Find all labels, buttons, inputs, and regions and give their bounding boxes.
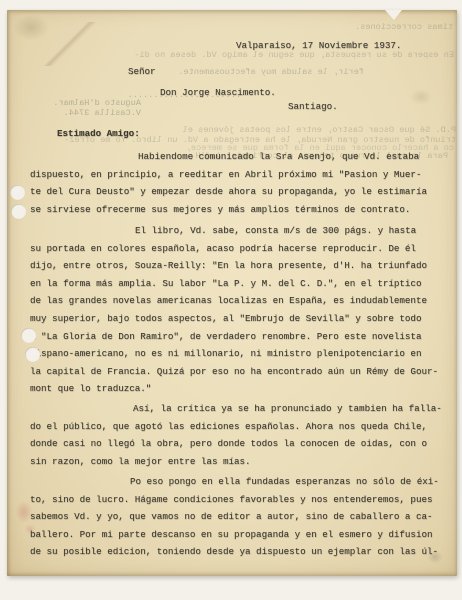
letter-line: to, sino de lucro. Hágame condiciones fa…: [30, 491, 439, 509]
paragraph-4: Po eso pongo en ella fundadas esperanzas…: [30, 473, 439, 561]
punch-hole: [11, 204, 26, 219]
date-line: Valparaiso, 17 Noviembre 1937.: [236, 40, 401, 51]
recipient-city: Santiago.: [288, 101, 338, 112]
scanned-letter-canvas: timas correcciones. En espera de su resp…: [0, 0, 462, 600]
letter-line: sin razon, como la mejor entre las mías.: [30, 453, 442, 471]
letter-line: hispano-americano, no es ni millonario, …: [30, 345, 438, 363]
letter-line: donde casi no llegó la obra, pero donde …: [30, 435, 442, 453]
letter-line: Habiendome comunicado la Sra Asenjo, que…: [30, 148, 427, 166]
paragraph-3: Así, la crítica ya se ha pronunciado y t…: [30, 400, 442, 470]
letter-text-layer: Valparaiso, 17 Noviembre 1937. Señor Don…: [0, 0, 462, 600]
letter-line: en la forma más amplia. Su labor "La P. …: [30, 275, 438, 293]
letter-line: muy superior, bajo todos aspectos, al "E…: [30, 310, 438, 328]
letter-line: Po eso pongo en ella fundadas esperanzas…: [30, 473, 439, 491]
letter-line: de las grandes novelas americanas locali…: [30, 292, 438, 310]
punch-hole: [10, 185, 25, 200]
letter-line: sabemos Vd. y yo, que vamos no de editor…: [30, 508, 439, 526]
punch-hole: [21, 328, 36, 343]
letter-line: te del Cura Deusto" y empezar desde ahor…: [30, 183, 427, 201]
letter-line: se sirviese ofrecerme sus mejores y más …: [30, 201, 427, 219]
letter-line: ballero. Por mi parte descanso en su pro…: [30, 526, 439, 544]
letter-line: su portada en colores española, acaso po…: [30, 240, 438, 258]
paragraph-1: Habiendome comunicado la Sra Asenjo, que…: [30, 148, 427, 218]
letter-line: El libro, Vd. sabe, consta m/s de 300 pá…: [30, 222, 438, 240]
recipient-name: Don Jorge Nascimento.: [160, 87, 276, 98]
recipient-title: Señor: [128, 66, 156, 77]
punch-hole: [25, 347, 40, 362]
letter-line: dispuesto, en principio, a reeditar en A…: [30, 166, 427, 184]
letter-line: Así, la crítica ya se ha pronunciado y t…: [30, 400, 442, 418]
letter-line: de su posible edicion, toniendo desde ya…: [30, 543, 439, 561]
letter-line: a "La Gloria de Don Ramiro", de verdader…: [30, 328, 438, 346]
letter-line: la capital de Francia. Quizá por eso no …: [30, 363, 438, 381]
salutation: Estimado Amigo:: [57, 128, 140, 139]
paragraph-2: El libro, Vd. sabe, consta m/s de 300 pá…: [30, 222, 438, 398]
letter-line: do el público, que agotó las ediciones e…: [30, 418, 442, 436]
letter-line: mont que lo traduzca.": [30, 380, 438, 398]
letter-line: dijo, entre otros, Souza-Reilly: "En la …: [30, 257, 438, 275]
